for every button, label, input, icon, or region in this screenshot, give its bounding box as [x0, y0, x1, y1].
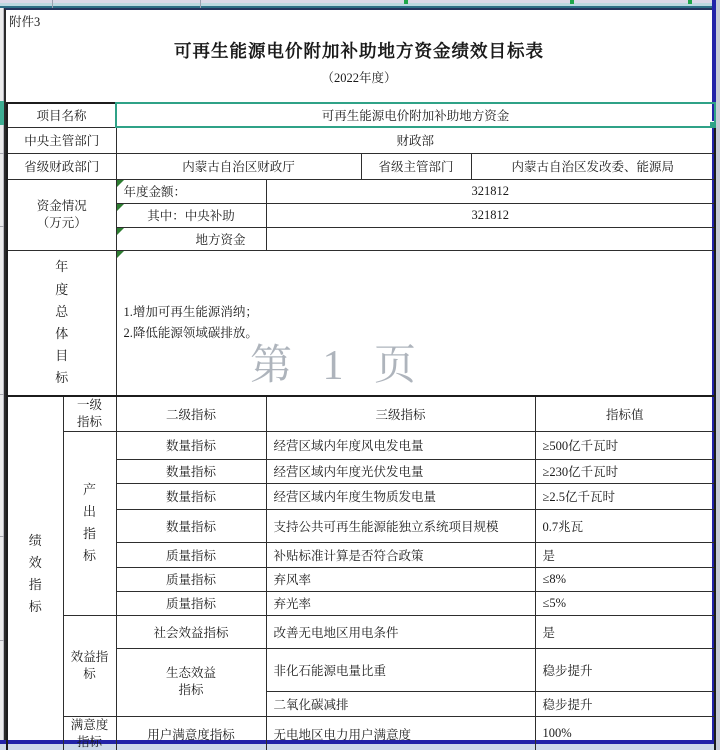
- column-tick: [570, 0, 574, 4]
- fund-central-label: 其中：中央补助: [116, 203, 266, 227]
- indicator-value: ≥500亿千瓦时: [535, 431, 715, 459]
- indicator-l2: 质量指标: [116, 542, 266, 567]
- indicator-l3: 二氧化碳减排: [266, 691, 535, 716]
- project-name-label: 项目名称: [7, 103, 116, 127]
- column-separator: [200, 0, 201, 8]
- column-separator: [52, 0, 53, 8]
- right-gutter: [716, 0, 720, 750]
- performance-table: 绩效指标 一级指标 二级指标 三级指标 指标值 产出指标 数量指标 经营区域内年…: [6, 395, 716, 750]
- indicator-l2: 数量指标: [116, 459, 266, 483]
- indicator-l2: 质量指标: [116, 591, 266, 615]
- header-level3: 三级指标: [266, 396, 535, 431]
- indicator-l2-eco: 生态效益指标: [116, 648, 266, 716]
- annual-goal-label: 年度总体目标: [7, 250, 116, 396]
- header-level2: 二级指标: [116, 396, 266, 431]
- attachment-label: 附件3: [9, 12, 40, 30]
- prov-admin-value: 内蒙古自治区发改委、能源局: [471, 153, 715, 179]
- central-dept-label: 中央主管部门: [7, 127, 116, 153]
- fund-annual-label: 年度金额：: [116, 179, 266, 203]
- project-name-value: 可再生能源电价附加补助地方资金: [322, 109, 510, 123]
- prov-finance-value: 内蒙古自治区财政厅: [116, 153, 361, 179]
- project-info-table: 项目名称 可再生能源电价附加补助地方资金 中央主管部门 财政部 省级财政部门 内…: [6, 102, 716, 397]
- project-name-cell[interactable]: 可再生能源电价附加补助地方资金: [116, 103, 715, 127]
- comment-marker: [117, 180, 124, 187]
- indicator-value: ≤8%: [535, 567, 715, 591]
- indicator-value: 0.7兆瓦: [535, 509, 715, 542]
- document-sheet: 附件3 可再生能源电价附加补助地方资金绩效目标表 （2022年度） 第 1 页 …: [4, 8, 712, 740]
- page-title: 可再生能源电价附加补助地方资金绩效目标表: [6, 38, 712, 63]
- group-benefit-indicators: 效益指标: [63, 615, 116, 716]
- indicator-l2: 数量指标: [116, 509, 266, 542]
- indicator-value: 是: [535, 615, 715, 648]
- indicator-l3: 改善无电地区用电条件: [266, 615, 535, 648]
- column-header-strip: [0, 0, 720, 8]
- fund-central-value: 321812: [266, 203, 715, 227]
- prov-finance-label: 省级财政部门: [7, 153, 116, 179]
- perf-section-label: 绩效指标: [7, 396, 63, 750]
- comment-marker: [117, 204, 124, 211]
- annual-goal-cell: 1.增加可再生能源消纳； 2.降低能源领域碳排放。: [116, 250, 715, 396]
- indicator-l2: 质量指标: [116, 567, 266, 591]
- indicator-l2: 社会效益指标: [116, 615, 266, 648]
- indicator-value: 稳步提升: [535, 691, 715, 716]
- annual-goal-line1: 1.增加可再生能源消纳；: [124, 302, 715, 323]
- header-value: 指标值: [535, 396, 715, 431]
- indicator-l3: 经营区域内年度风电发电量: [266, 431, 535, 459]
- indicator-l3: 经营区域内年度生物质发电量: [266, 483, 535, 509]
- annual-goal-line2: 2.降低能源领域碳排放。: [124, 323, 715, 344]
- indicator-l2: 数量指标: [116, 431, 266, 459]
- indicator-l3: 弃光率: [266, 591, 535, 615]
- page-subtitle: （2022年度）: [6, 68, 712, 86]
- indicator-value: 稳步提升: [535, 648, 715, 691]
- group-satisfaction-indicators: 满意度指标: [63, 716, 116, 750]
- comment-marker: [117, 251, 124, 258]
- fund-annual-value: 321812: [266, 179, 715, 203]
- central-dept-value: 财政部: [116, 127, 715, 153]
- fill-handle[interactable]: [709, 121, 715, 127]
- indicator-value: ≥2.5亿千瓦时: [535, 483, 715, 509]
- fund-section-label: 资金情况（万元）: [7, 179, 116, 250]
- indicator-value: ≥230亿千瓦时: [535, 459, 715, 483]
- column-tick: [404, 0, 408, 4]
- prov-admin-label: 省级主管部门: [361, 153, 471, 179]
- group-output-indicators: 产出指标: [63, 431, 116, 615]
- indicator-value: ≤5%: [535, 591, 715, 615]
- indicator-l3: 无电地区电力用户满意度: [266, 716, 535, 750]
- indicator-l2: 数量指标: [116, 483, 266, 509]
- indicator-l3: 支持公共可再生能源能独立系统项目规模: [266, 509, 535, 542]
- fund-local-label: 地方资金: [116, 227, 266, 250]
- comment-marker: [117, 228, 124, 235]
- column-tick: [688, 0, 692, 4]
- fund-local-value: [266, 227, 715, 250]
- indicator-value: 100%: [535, 716, 715, 750]
- indicator-l3: 非化石能源电量比重: [266, 648, 535, 691]
- indicator-l3: 补贴标准计算是否符合政策: [266, 542, 535, 567]
- header-level1: 一级指标: [63, 396, 116, 431]
- indicator-l2: 用户满意度指标: [116, 716, 266, 750]
- indicator-value: 是: [535, 542, 715, 567]
- indicator-l3: 经营区域内年度光伏发电量: [266, 459, 535, 483]
- indicator-l3: 弃风率: [266, 567, 535, 591]
